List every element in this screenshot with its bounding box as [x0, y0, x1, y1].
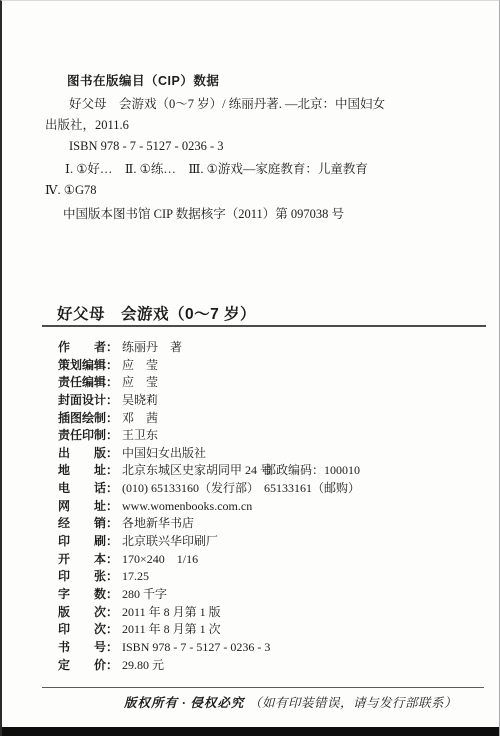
cip-classification-line2: Ⅳ. ①G78: [2, 180, 499, 201]
detail-phone-mail-order: 65133161（邮购）: [264, 480, 360, 498]
detail-value: 2011 年 8 月第 1 版: [122, 605, 221, 619]
detail-postal-code: 邮政编码：100010: [264, 462, 360, 480]
detail-value: www.womenbooks.com.cn: [122, 499, 252, 513]
detail-label: 字 数：: [58, 587, 118, 601]
misprint-note: （如有印装错误，请与发行部联系）: [249, 693, 457, 711]
cip-title-line: 好父母 会游戏（0～7 岁）/ 练丽丹著. —北京：中国妇女: [2, 94, 499, 115]
detail-label: 印 次：: [58, 622, 118, 636]
detail-value: 王卫东: [122, 428, 158, 442]
cip-record-number: 中国版本图书馆 CIP 数据核字（2011）第 097038 号: [2, 204, 499, 225]
detail-label: 电 话：: [58, 481, 118, 495]
detail-row-price: 定 价：29.80 元: [58, 657, 488, 675]
detail-row-planning-editor: 策划编辑：应 莹: [58, 357, 488, 375]
detail-label: 印 张：: [58, 569, 118, 583]
cip-isbn: ISBN 978 - 7 - 5127 - 0236 - 3: [2, 136, 499, 157]
detail-label: 插图绘制：: [58, 411, 118, 425]
title-divider: [42, 325, 486, 327]
detail-value: 29.80 元: [122, 658, 164, 672]
cip-title-line-continued: 出版社，2011.6: [2, 115, 499, 136]
detail-value: 北京联兴华印刷厂: [122, 534, 218, 548]
detail-label: 地 址：: [58, 463, 118, 477]
detail-row-print-supervisor: 责任印制：王卫东: [58, 427, 488, 445]
cip-classification-line1: Ⅰ. ①好… Ⅱ. ①练… Ⅲ. ①游戏—家庭教育：儿童教育: [2, 159, 499, 180]
detail-row-printing: 印 次：2011 年 8 月第 1 次: [58, 621, 488, 639]
detail-row-edition: 版 次：2011 年 8 月第 1 版: [58, 604, 488, 622]
detail-value: 应 莹: [122, 358, 158, 372]
detail-value: 各地新华书店: [122, 516, 194, 530]
footer-divider: [42, 687, 484, 688]
detail-value: 170×240 1/16: [122, 552, 198, 566]
detail-row-format: 开 本：170×240 1/16: [58, 551, 488, 569]
detail-row-distribution: 经 销：各地新华书店: [58, 515, 488, 533]
detail-value: 北京东城区史家胡同甲 24 号: [122, 463, 272, 477]
detail-label: 封面设计：: [58, 393, 118, 407]
detail-row-publisher: 出 版：中国妇女出版社: [58, 445, 488, 463]
detail-value: 应 莹: [122, 375, 158, 389]
detail-row-responsible-editor: 责任编辑：应 莹: [58, 374, 488, 392]
detail-label: 开 本：: [58, 552, 118, 566]
copyright-notice: 版权所有 · 侵权必究: [124, 693, 244, 711]
detail-label: 责任印制：: [58, 428, 118, 442]
detail-row-illustration: 插图绘制：邓 茜: [58, 410, 488, 428]
detail-label: 书 号：: [58, 640, 118, 654]
cip-block: 图书在版编目（CIP）数据 好父母 会游戏（0～7 岁）/ 练丽丹著. —北京：…: [2, 71, 499, 225]
detail-row-phone: 电 话：(010) 65133160（发行部）65133161（邮购）: [58, 480, 488, 498]
detail-value: (010) 65133160（发行部）: [122, 481, 259, 495]
detail-row-website: 网 址：www.womenbooks.com.cn: [58, 498, 488, 516]
detail-row-printer: 印 刷：北京联兴华印刷厂: [58, 533, 488, 551]
detail-label: 出 版：: [58, 446, 118, 460]
detail-value: 练丽丹 著: [122, 340, 182, 354]
detail-label: 印 刷：: [58, 534, 118, 548]
detail-label: 策划编辑：: [58, 358, 118, 372]
book-title: 好父母 会游戏（0～7 岁）: [57, 302, 256, 324]
detail-label: 网 址：: [58, 499, 118, 513]
cip-heading: 图书在版编目（CIP）数据: [2, 71, 499, 92]
detail-row-sheets: 印 张：17.25: [58, 568, 488, 586]
publication-details: 作 者：练丽丹 著 策划编辑：应 莹 责任编辑：应 莹 封面设计：吴晓莉 插图绘…: [58, 339, 488, 674]
detail-label: 作 者：: [58, 340, 118, 354]
detail-label: 责任编辑：: [58, 375, 118, 389]
detail-value: 吴晓莉: [122, 393, 158, 407]
detail-value: 邓 茜: [122, 411, 158, 425]
detail-label: 定 价：: [58, 658, 118, 672]
detail-label: 经 销：: [58, 516, 118, 530]
detail-value: 2011 年 8 月第 1 次: [122, 622, 221, 636]
detail-value: 17.25: [122, 569, 149, 583]
detail-value: ISBN 978 - 7 - 5127 - 0236 - 3: [122, 640, 270, 654]
footer: 版权所有 · 侵权必究 （如有印装错误，请与发行部联系）: [2, 693, 499, 717]
detail-row-address: 地 址：北京东城区史家胡同甲 24 号邮政编码：100010: [58, 462, 488, 480]
scan-bottom-edge: [2, 727, 499, 736]
detail-row-book-number: 书 号：ISBN 978 - 7 - 5127 - 0236 - 3: [58, 639, 488, 657]
detail-row-cover-design: 封面设计：吴晓莉: [58, 392, 488, 410]
copyright-page: 图书在版编目（CIP）数据 好父母 会游戏（0～7 岁）/ 练丽丹著. —北京：…: [0, 0, 500, 736]
detail-row-word-count: 字 数：280 千字: [58, 586, 488, 604]
detail-value: 280 千字: [122, 587, 167, 601]
detail-value: 中国妇女出版社: [122, 446, 206, 460]
detail-row-author: 作 者：练丽丹 著: [58, 339, 488, 357]
detail-label: 版 次：: [58, 605, 118, 619]
